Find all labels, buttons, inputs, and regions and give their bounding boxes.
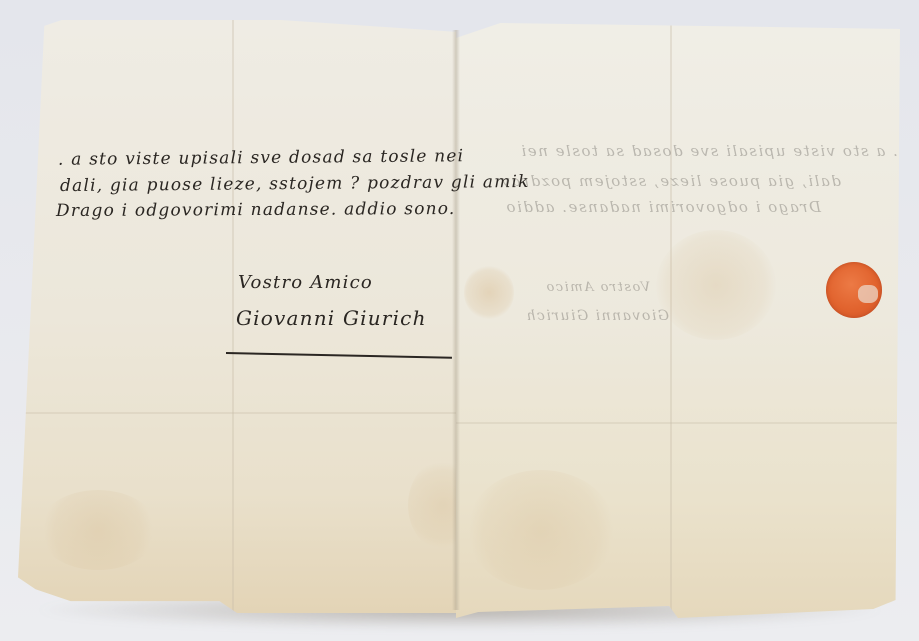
letter-line-1: . a sto viste upisali sve dosad sa tosle… xyxy=(58,146,464,170)
bleed-through-line-2: dali, gia puose lieze, sstojem pozdrav xyxy=(500,172,841,190)
fold-crease-horizontal xyxy=(18,412,456,414)
water-stain xyxy=(466,470,616,590)
bleed-through-closing: Vostro Amico xyxy=(545,280,650,295)
fold-crease-vertical xyxy=(232,20,234,613)
center-fold xyxy=(452,30,460,610)
water-stain xyxy=(464,265,514,320)
right-page xyxy=(456,20,900,618)
water-stain xyxy=(38,490,158,570)
fold-crease-horizontal xyxy=(456,422,900,424)
bleed-through-signature: Giovanni Giurich xyxy=(525,308,669,324)
letter-sheet: . a sto viste upisali sve dosad sa tosle… xyxy=(0,0,919,641)
bleed-through-line-1: . a sto viste upisali sve dosad sa tosle… xyxy=(520,142,898,160)
water-stain xyxy=(656,230,776,340)
letter-line-3: Drago i odgovorimi nadanse. addio sono. xyxy=(56,199,456,221)
signature: Giovanni Giurich xyxy=(236,306,427,330)
bleed-through-line-3: Drago i odgovorimi nadanse. addio xyxy=(505,198,821,216)
closing-salutation: Vostro Amico xyxy=(238,272,373,293)
wax-seal-chip xyxy=(858,285,878,303)
letter-line-2: dali, gia puose lieze, sstojem ? pozdrav… xyxy=(60,172,530,196)
